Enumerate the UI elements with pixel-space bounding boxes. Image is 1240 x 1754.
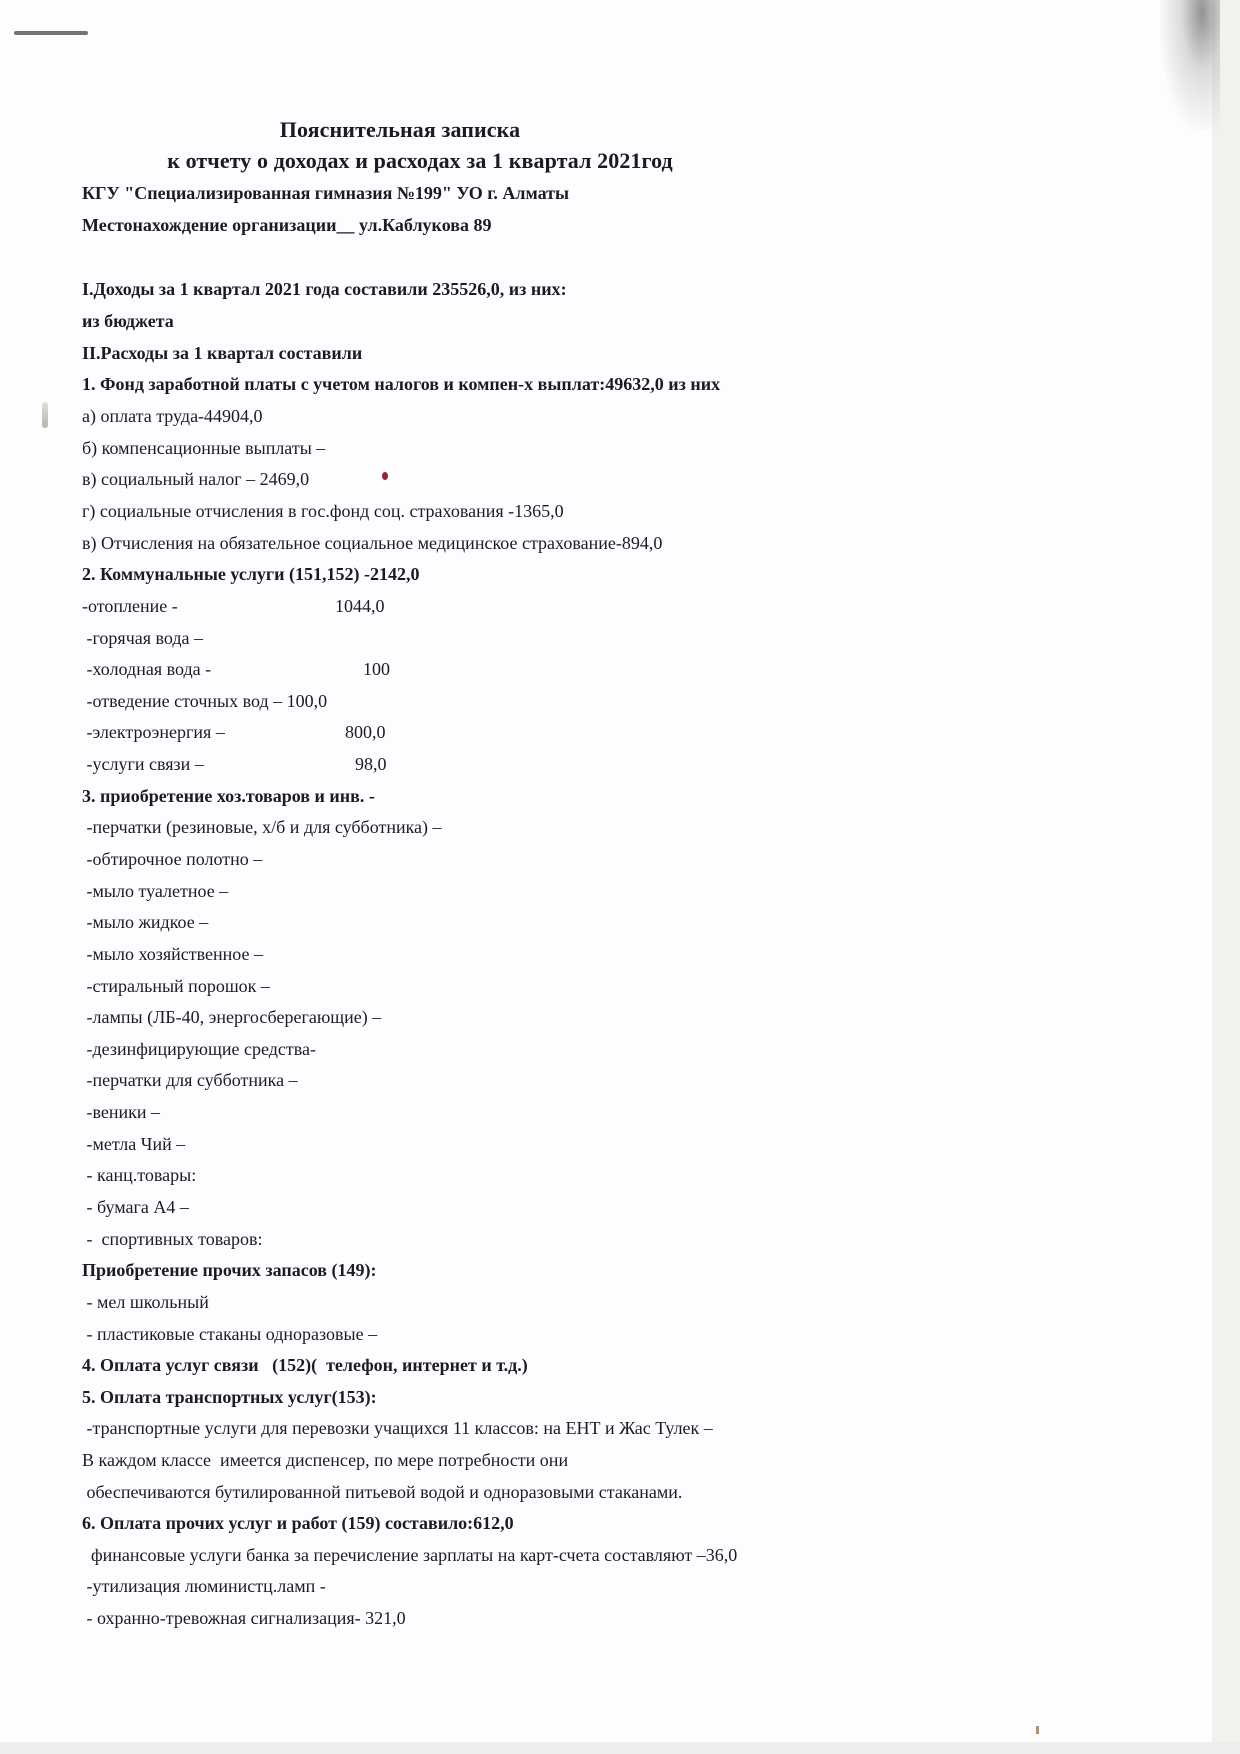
household-goods-item: - спортивных товаров: xyxy=(82,1227,262,1251)
utility-item-value: 800,0 xyxy=(345,720,386,744)
household-goods-item: -мыло хозяйственное – xyxy=(82,942,263,966)
utilities-heading: 2. Коммунальные услуги (151,152) -2142,0 xyxy=(82,562,419,586)
payroll-item: в) Отчисления на обязательное социальное… xyxy=(82,531,662,555)
margin-mark xyxy=(42,402,48,428)
household-goods-item: -обтирочное полотно – xyxy=(82,847,262,871)
scan-edge-right xyxy=(1212,0,1240,1754)
utility-item-label: -горячая вода – xyxy=(82,626,203,650)
other-services-item: финансовые услуги банка за перечисление … xyxy=(82,1543,737,1567)
household-goods-item: -мыло жидкое – xyxy=(82,910,208,934)
transport-item: В каждом классе имеется диспенсер, по ме… xyxy=(82,1448,568,1472)
utility-item-value: 1044,0 xyxy=(335,594,385,618)
household-goods-item: -стиральный порошок – xyxy=(82,974,270,998)
other-supplies-item: - пластиковые стаканы одноразовые – xyxy=(82,1322,377,1346)
utility-item-value: 100 xyxy=(363,657,390,681)
household-goods-item: -перчатки для субботника – xyxy=(82,1068,298,1092)
document-title: Пояснительная записка xyxy=(0,116,800,144)
utility-item-label: -услуги связи – xyxy=(82,752,204,776)
expenses-heading: II.Расходы за 1 квартал составили xyxy=(82,341,362,365)
other-supplies-item: - мел школьный xyxy=(82,1290,209,1314)
household-goods-item: -метла Чий – xyxy=(82,1132,185,1156)
household-goods-item: -лампы (ЛБ-40, энергосберегающие) – xyxy=(82,1005,381,1029)
ink-dot xyxy=(382,472,388,480)
household-goods-item: -мыло туалетное – xyxy=(82,879,228,903)
utility-item-label: -электроэнергия – xyxy=(82,720,225,744)
other-services-item: - охранно-тревожная сигнализация- 321,0 xyxy=(82,1606,406,1630)
other-services-heading: 6. Оплата прочих услуг и работ (159) сос… xyxy=(82,1511,514,1535)
scan-edge-bottom xyxy=(0,1742,1240,1754)
household-goods-heading: 3. приобретение хоз.товаров и инв. - xyxy=(82,784,375,808)
utility-item-label: -холодная вода - xyxy=(82,657,211,681)
other-supplies-heading: Приобретение прочих запасов (149): xyxy=(82,1258,377,1282)
payroll-item: а) оплата труда-44904,0 xyxy=(82,404,263,428)
organization-name: КГУ "Специализированная гимназия №199" У… xyxy=(82,181,569,205)
payroll-item: б) компенсационные выплаты – xyxy=(82,436,325,460)
communication-heading: 4. Оплата услуг связи (152)( телефон, ин… xyxy=(82,1353,528,1377)
document-subtitle: к отчету о доходах и расходах за 1 кварт… xyxy=(0,147,840,175)
household-goods-item: -дезинфицирующие средства- xyxy=(82,1037,316,1061)
household-goods-item: -веники – xyxy=(82,1100,160,1124)
payroll-item: в) социальный налог – 2469,0 xyxy=(82,467,309,491)
other-services-item: -утилизация люминистц.ламп - xyxy=(82,1574,326,1598)
utility-item-label: -отведение сточных вод – 100,0 xyxy=(82,689,327,713)
income-heading: I.Доходы за 1 квартал 2021 года составил… xyxy=(82,277,567,301)
transport-item: -транспортные услуги для перевозки учащи… xyxy=(82,1416,713,1440)
staple-mark xyxy=(14,31,88,35)
household-goods-item: - канц.товары: xyxy=(82,1163,196,1187)
household-goods-item: - бумага А4 – xyxy=(82,1195,189,1219)
household-goods-item: -перчатки (резиновые, х/б и для субботни… xyxy=(82,815,442,839)
income-source: из бюджета xyxy=(82,309,174,333)
transport-item: обеспечиваются бутилированной питьевой в… xyxy=(82,1480,682,1504)
scan-speck xyxy=(1036,1726,1039,1734)
toner-smudge xyxy=(1160,0,1220,130)
transport-heading: 5. Оплата транспортных услуг(153): xyxy=(82,1385,377,1409)
payroll-item: г) социальные отчисления в гос.фонд соц.… xyxy=(82,499,564,523)
organization-location: Местонахождение организации__ ул.Каблуко… xyxy=(82,213,491,237)
utility-item-value: 98,0 xyxy=(355,752,387,776)
utility-item-label: -отопление - xyxy=(82,594,178,618)
payroll-heading: 1. Фонд заработной платы с учетом налого… xyxy=(82,372,720,396)
